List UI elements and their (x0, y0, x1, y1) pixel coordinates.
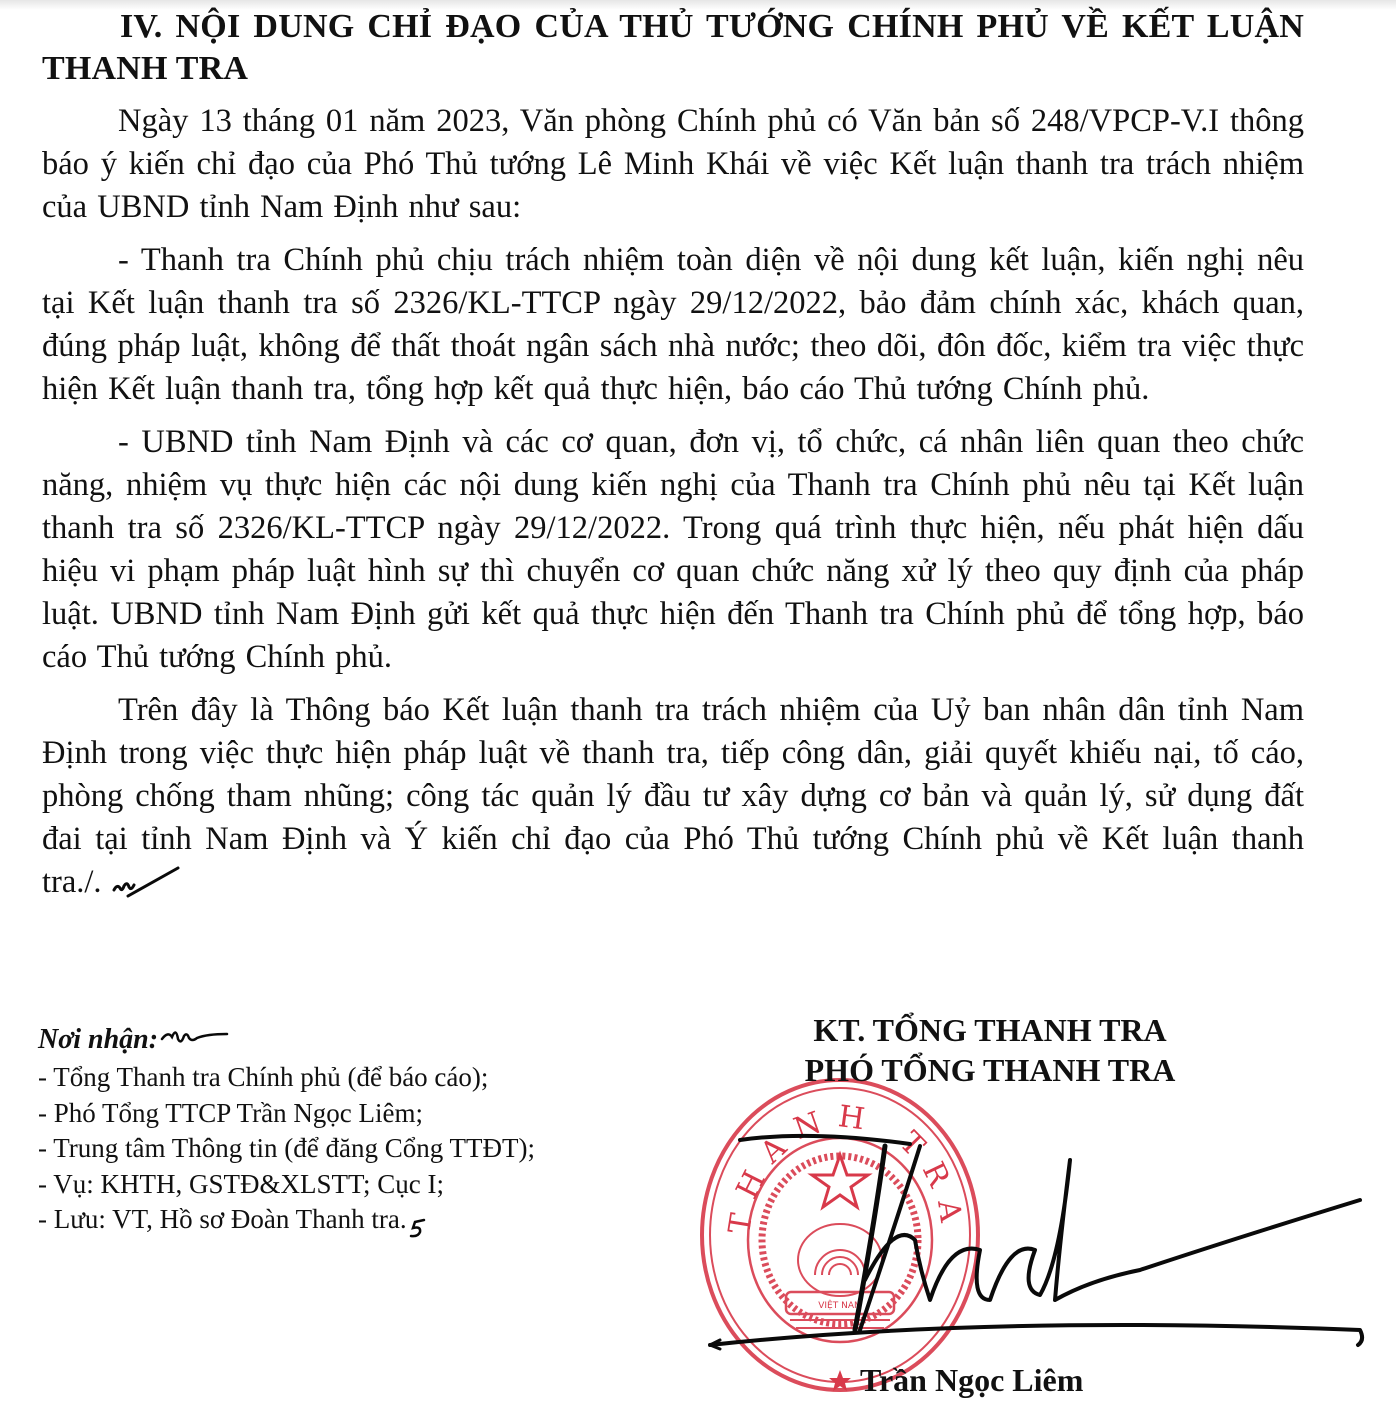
initials-scribble-icon (106, 864, 186, 900)
signer-position: PHÓ TỔNG THANH TRA (740, 1050, 1240, 1090)
document-page: IV. NỘI DUNG CHỈ ĐẠO CỦA THỦ TƯỚNG CHÍNH… (42, 0, 1304, 904)
recipients-heading: Nơi nhận: (38, 1020, 678, 1060)
recipient-item: - Phó Tổng TTCP Trần Ngọc Liêm; (38, 1096, 678, 1132)
recipient-item: - Trung tâm Thông tin (để đăng Cổng TTĐT… (38, 1131, 678, 1167)
paragraph-directive-intro: Ngày 13 tháng 01 năm 2023, Văn phòng Chí… (42, 100, 1304, 229)
page-count-mark-icon (407, 1214, 429, 1238)
paragraph-inspectorate-responsibility: - Thanh tra Chính phủ chịu trách nhiệm t… (42, 239, 1304, 411)
signer-authority: KT. TỔNG THANH TRA (740, 1010, 1240, 1050)
paragraph-province-responsibility: - UBND tỉnh Nam Định và các cơ quan, đơn… (42, 421, 1304, 679)
recipients-list: - Tổng Thanh tra Chính phủ (để báo cáo);… (38, 1060, 678, 1238)
initials-scribble-icon (160, 1025, 230, 1055)
signature-title-block: KT. TỔNG THANH TRA PHÓ TỔNG THANH TRA (740, 1010, 1240, 1090)
recipient-item: - Tổng Thanh tra Chính phủ (để báo cáo); (38, 1060, 678, 1096)
paragraph-closing: Trên đây là Thông báo Kết luận thanh tra… (42, 689, 1304, 904)
handwritten-signature-icon (690, 1130, 1380, 1360)
recipient-item: - Lưu: VT, Hồ sơ Đoàn Thanh tra. (38, 1202, 678, 1238)
closing-text: Trên đây là Thông báo Kết luận thanh tra… (42, 692, 1304, 900)
recipient-item: - Vụ: KHTH, GSTĐ&XLSTT; Cục I; (38, 1167, 678, 1203)
recipients-block: Nơi nhận: - Tổng Thanh tra Chính phủ (để… (38, 1020, 678, 1238)
signer-name: Trần Ngọc Liêm (860, 1360, 1083, 1400)
section-heading: IV. NỘI DUNG CHỈ ĐẠO CỦA THỦ TƯỚNG CHÍNH… (42, 6, 1304, 90)
